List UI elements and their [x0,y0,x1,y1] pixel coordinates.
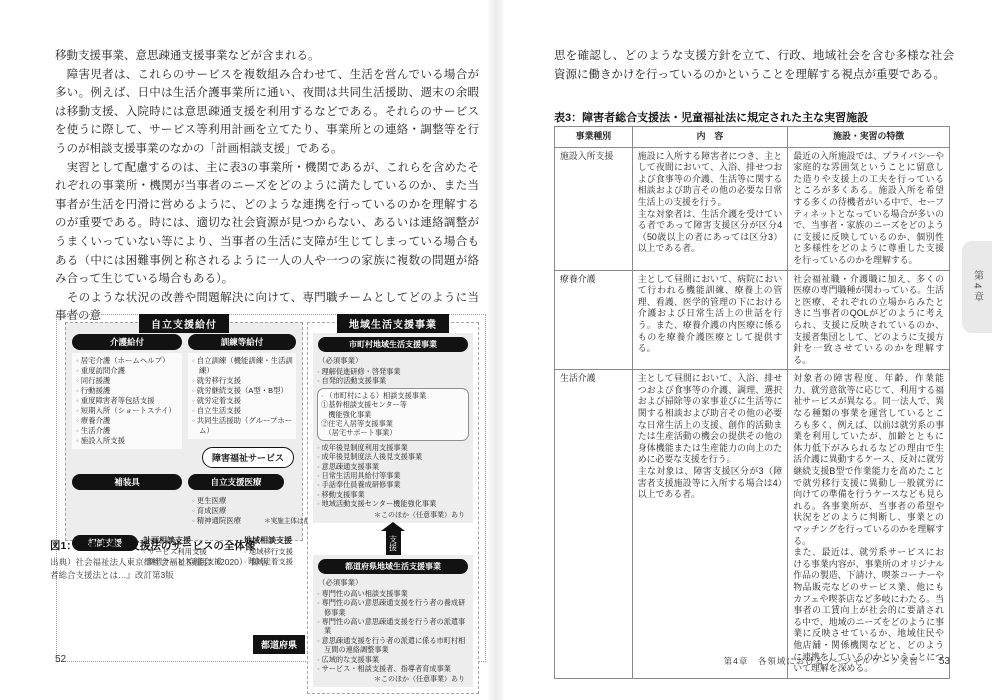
list-item: 施設入所支援 [76,436,180,446]
paragraph: 実習として配慮するのは、主に表3の事業所・機関であるが、これらを含めたそれぞれの… [55,159,479,289]
list-item: 意思疎通支援を行う者の派遣に係る市町村相互間の連絡調整事業 [317,636,469,655]
list-item: ①基幹相談支援センター等 [321,400,465,409]
table-title: 表3：障害者総合支援法・児童福祉法に規定された主な実習施設 [554,109,868,125]
list-item: 同行援護 [76,376,180,386]
arrow-head [381,522,405,531]
cell-content: 主として昼間において、入浴、排せつおよび食事等の介護、調理、選択および掃除等の家… [632,370,787,678]
jiritsu-shien-kyufu-group: 自立支援給付 介護給付 居宅介護（ホームヘルプ）重度訪問介護同行援護行動援護重度… [65,322,303,541]
cell-features: 最近の入所施設では、プライバシーや家庭的な雰囲気ということに留意した造りや支援上… [788,147,950,270]
cell-content: 主として昼間において、病院において行われる機能訓練、療養上の管理、看護、医学的管… [632,270,787,370]
kaigo-kyufu-column: 介護給付 居宅介護（ホームヘルプ）重度訪問介護同行援護行動援護重度障害者等包括支… [72,334,182,468]
figure-caption-source: 出典）社会福祉法人東京都社会福祉協議会（2020）『障害者総合支援法とは…』改訂… [50,556,274,581]
list-item: 自立訓練（機能訓練・生活訓練） [192,356,294,376]
list-item: 地域活動支援センター機能強化事業 [317,499,469,508]
list-item: 専門性の高い相談支援事業 [317,589,469,598]
list-item: 行動援護 [76,386,180,396]
list-item: 自発的活動支援事業 [317,376,469,385]
table-row: 生活介護 主として昼間において、入浴、排せつおよび食事等の介護、調理、選択および… [555,370,950,678]
shichoson-panel: 市町村地域生活支援事業 （必須事業） 理解促進研修・啓発事業自発的活動支援事業 … [313,333,473,523]
table-row: 施設入所支援 施設に入所する障害者につき、主として夜間において、入浴、排せつおよ… [555,147,950,270]
hosougu-column: 補装具 [72,474,182,490]
shichoson-list-before: 理解促進研修・啓発事業自発的活動支援事業 [317,367,469,386]
figure-caption: 図1：障害者総合支援法のサービスの全体像 出典）社会福祉法人東京都社会福祉協議会… [50,538,288,581]
todofuken-pill: 都道府県地域生活支援事業 [318,559,468,574]
right-page-body-text: 思を確認し、どのような支援方針を立て、行政、地域社会を含む多様な社会資源に働きか… [554,47,954,84]
kaigo-kyufu-list: 居宅介護（ホームヘルプ）重度訪問介護同行援護行動援護重度障害者等包括支援短期入所… [72,353,182,449]
page-number-right: 53 [939,656,950,667]
support-arrow-area: 支援 [308,523,478,555]
shichoson-pill: 市町村地域生活支援事業 [318,337,468,352]
left-page-body-text: 移動支援事業、意思疎通支援事業などが含まれる。 障害児者は、これらのサービスを複… [55,47,479,326]
iryo-pill: 自立支援医療 [188,474,284,490]
list-item: 就労継続支援（A型・B型） [192,386,294,396]
list-item: 専門性の高い意思疎通支援を行う者の養成研修事業 [317,598,469,617]
list-item: 居宅介護（ホームヘルプ） [76,356,180,366]
jiritsu-shien-kyufu-header: 自立支援給付 [139,314,229,333]
todofuken-list: 専門性の高い相談支援事業専門性の高い意思疎通支援を行う者の養成研修事業専門性の高… [317,589,469,674]
list-item: 成年後見制度利用支援事業 [317,443,469,452]
list-item: 生活介護 [76,426,180,436]
figure-services-overview: 自立支援給付 介護給付 居宅介護（ホームヘルプ）重度訪問介護同行援護行動援護重度… [56,314,486,662]
shichoson-list-after: 成年後見制度利用支援事業成年後見制度法人後見支援事業意思疎通支援事業日常生活用具… [317,443,469,509]
optional-note: ＊このほか（任意事業）あり [317,510,469,520]
cell-type: 療養介護 [555,270,633,370]
fukushi-service-oval: 障害福祉サービス [202,447,294,468]
page-number-left: 52 [55,654,66,665]
book-spread: { "colors": { "header_black": "#121212",… [0,0,992,700]
list-item: 共同生活援助（グループホーム） [192,416,294,436]
arrow-label: 支援 [386,531,401,555]
table-row: 療養介護 主として昼間において、病院において行われる機能訓練、療養上の管理、看護… [555,270,950,370]
list-item: 理解促進研修・啓発事業 [317,367,469,376]
footer-chapter-title: 第4章 各領域におけるソーシャルワーク実習 [724,655,919,667]
soudan-jigyo-sub-box: （市町村による）相談支援事業①基幹相談支援センター等 機能強化事業②住宅入居等支… [317,388,469,441]
list-item: 手話奉仕員養成研修事業 [317,480,469,489]
list-item: 成年後見制度法人後見支援事業 [317,452,469,461]
cell-type: 生活介護 [555,370,633,678]
required-note: （必須事業） [318,355,469,366]
kunren-kyufu-column: 訓練等給付 自立訓練（機能訓練・生活訓練）就労移行支援就労継続支援（A型・B型）… [188,334,296,468]
paragraph: 思を確認し、どのような支援方針を立て、行政、地域社会を含む多様な社会資源に働きか… [554,47,954,84]
cell-features: 対象者の障害程度、年齢、作業能力、就労意欲等に応じて、利用する福祉サービスが異な… [788,370,950,678]
footer-right: 第4章 各領域におけるソーシャルワーク実習 53 [724,655,950,667]
iryo-column: 自立支援医療 更生医療育成医療精神通院医療 ＊実施主体は都道府県等 [188,474,296,529]
page-gutter-shadow [488,0,504,700]
paragraph: 移動支援事業、意思疎通支援事業などが含まれる。 [55,47,479,66]
list-item: 重度訪問介護 [76,366,180,376]
jisshu-facilities-table: 事業種別 内 容 施設・実習の特徴 施設入所支援 施設に入所する障害者につき、主… [554,126,950,679]
list-item: 意思疎通支援事業 [317,462,469,471]
table-header-row: 事業種別 内 容 施設・実習の特徴 [555,127,950,148]
list-item: サービス・相談支援者、指導者育成事業 [317,664,469,673]
header-cell-content: 内 容 [632,127,787,148]
list-item: 移動支援事業 [317,490,469,499]
todofuken-panel: 都道府県地域生活支援事業 （必須事業） 専門性の高い相談支援事業専門性の高い意思… [313,555,473,688]
cell-features: 社会福祉職・介護職に加え、多くの医療の専門職種が関わっている。生活と医療、それぞ… [788,270,950,370]
todofuken-label: 都道府県 [253,635,305,654]
list-item: 自立生活支援 [192,406,294,416]
chiiki-seikatsu-shien-group: 地域生活支援事業 市町村地域生活支援事業 （必須事業） 理解促進研修・啓発事業自… [307,322,479,694]
hosougu-iryo-row: 補装具 自立支援医療 更生医療育成医療精神通院医療 ＊実施主体は都道府県等 [66,471,302,531]
list-item: 機能強化事業 [321,410,465,419]
hosougu-pill: 補装具 [72,474,182,490]
kaigo-kyufu-pill: 介護給付 [72,334,182,350]
required-note: （必須事業） [318,577,469,588]
list-item: 療養介護 [76,416,180,426]
list-item: 就労定着支援 [192,396,294,406]
list-item: （市町村による）相談支援事業 [321,391,465,400]
list-item: （居宅サポート事業） [321,428,465,437]
chapter-side-tab: 第4章 [962,241,992,333]
list-item: 日常生活用具給付等事業 [317,471,469,480]
list-item: 短期入所（ショートステイ） [76,406,180,416]
list-item: 更生医療 [192,496,294,506]
list-item: 就労移行支援 [192,376,294,386]
kunren-kyufu-list: 自立訓練（機能訓練・生活訓練）就労移行支援就労継続支援（A型・B型）就労定着支援… [188,353,296,439]
list-item: 専門性の高い意思疎通支援を行う者の派遣事業 [317,617,469,636]
figure-caption-title: 図1：障害者総合支援法のサービスの全体像 [50,538,288,553]
cell-type: 施設入所支援 [555,147,633,270]
kunren-kyufu-pill: 訓練等給付 [188,334,296,350]
list-item: 広域的な支援事業 [317,655,469,664]
list-item: ②住宅入居等支援事業 [321,419,465,428]
optional-note: ＊このほか（任意事業）あり [317,674,469,684]
paragraph: 障害児者は、これらのサービスを複数組み合わせて、生活を営んでいる場合が多い。例え… [55,66,479,159]
header-cell-features: 施設・実習の特徴 [788,127,950,148]
list-item: 重度障害者等包括支援 [76,396,180,406]
cell-content: 施設に入所する障害者につき、主として夜間において、入浴、排せつおよび食事等の介護… [632,147,787,270]
support-arrow-icon: 支援 [381,522,405,555]
chiiki-seikatsu-shien-header: 地域生活支援事業 [337,314,449,333]
benefits-row: 介護給付 居宅介護（ホームヘルプ）重度訪問介護同行援護行動援護重度障害者等包括支… [66,323,302,471]
header-cell-type: 事業種別 [555,127,633,148]
